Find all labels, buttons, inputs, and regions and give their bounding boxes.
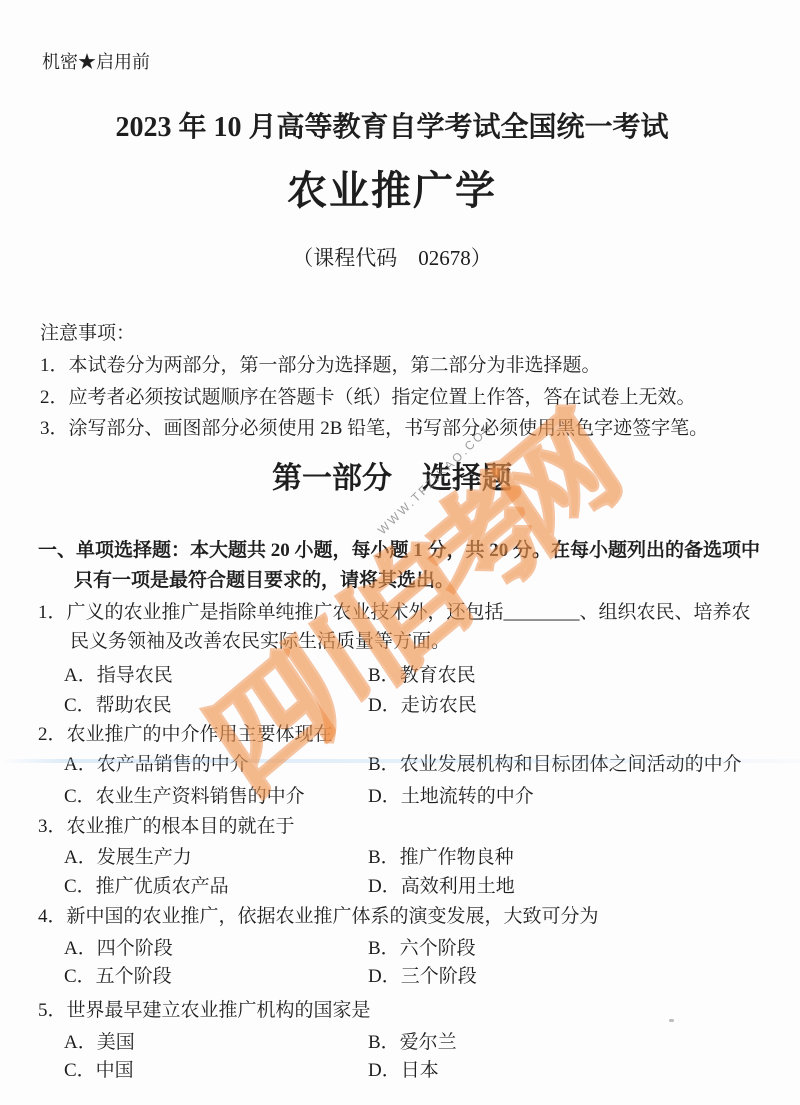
- question-3-option-b: B．推广作物良种: [368, 847, 514, 869]
- question-3-option-d: D．高效利用土地: [368, 876, 515, 898]
- question-5-stem-line-1: 5．世界最早建立农业推广机构的国家是: [38, 1000, 371, 1022]
- question-4-option-c: C．五个阶段: [64, 966, 172, 988]
- question-3-stem-line-1: 3．农业推广的根本目的就在于: [38, 816, 295, 838]
- question-3-option-a: A．发展生产力: [64, 847, 192, 869]
- question-4-option-d: D．三个阶段: [368, 966, 477, 988]
- question-1-stem-line-2: 民义务领袖及改善农民实际生活质量等方面。: [70, 631, 450, 653]
- question-2-option-a: A．农产品销售的中介: [64, 754, 249, 776]
- question-2-option-d: D．土地流转的中介: [368, 786, 534, 808]
- question-3-option-c: C．推广优质农产品: [64, 876, 229, 898]
- question-1-stem-line-1: 1．广义的农业推广是指除单纯推广农业技术外，还包括________、组织农民、培…: [38, 602, 751, 624]
- question-5-option-b: B．爱尔兰: [368, 1032, 457, 1054]
- course-code: （课程代码 02678）: [0, 246, 792, 270]
- subject-title: 农业推广学: [0, 168, 792, 214]
- question-1-option-d: D．走访农民: [368, 695, 477, 717]
- scan-artifact-speck: [669, 1019, 674, 1022]
- question-4-option-b: B．六个阶段: [368, 938, 476, 960]
- scan-artifact-streak: [0, 759, 800, 763]
- notice-item-1: 1．本试卷分为两部分，第一部分为选择题，第二部分为非选择题。: [40, 355, 601, 377]
- notice-item-3: 3．涂写部分、画图部分必须使用 2B 铅笔，书写部分必须使用黑色字迹签字笔。: [40, 418, 708, 440]
- question-2-stem-line-1: 2．农业推广的中介作用主要体现在: [38, 724, 333, 746]
- section-intro-line-2: 只有一项是最符合题目要求的，请将其选出。: [74, 570, 454, 592]
- notice-heading: 注意事项：: [40, 323, 135, 345]
- exam-title: 2023 年 10 月高等教育自学考试全国统一考试: [0, 112, 792, 144]
- question-2-option-c: C．农业生产资料销售的中介: [64, 786, 305, 808]
- question-5-option-c: C．中国: [64, 1060, 134, 1082]
- section-heading: 第一部分 选择题: [0, 462, 792, 497]
- question-1-option-c: C．帮助农民: [64, 695, 172, 717]
- question-5-option-a: A．美国: [64, 1032, 135, 1054]
- question-4-option-a: A．四个阶段: [64, 938, 173, 960]
- section-intro-line-1: 一、单项选择题：本大题共 20 小题，每小题 1 分，共 20 分。在每小题列出…: [38, 540, 760, 562]
- question-5-option-d: D．日本: [368, 1060, 439, 1082]
- classification-label: 机密★启用前: [42, 52, 150, 73]
- notice-item-2: 2．应考者必须按试题顺序在答题卡（纸）指定位置上作答，答在试卷上无效。: [40, 387, 696, 409]
- question-4-stem-line-1: 4．新中国的农业推广，依据农业推广体系的演变发展，大致可分为: [38, 906, 599, 928]
- question-1-option-a: A．指导农民: [64, 665, 173, 687]
- question-1-option-b: B．教育农民: [368, 665, 476, 687]
- question-2-option-b: B．农业发展机构和目标团体之间活动的中介: [368, 754, 742, 776]
